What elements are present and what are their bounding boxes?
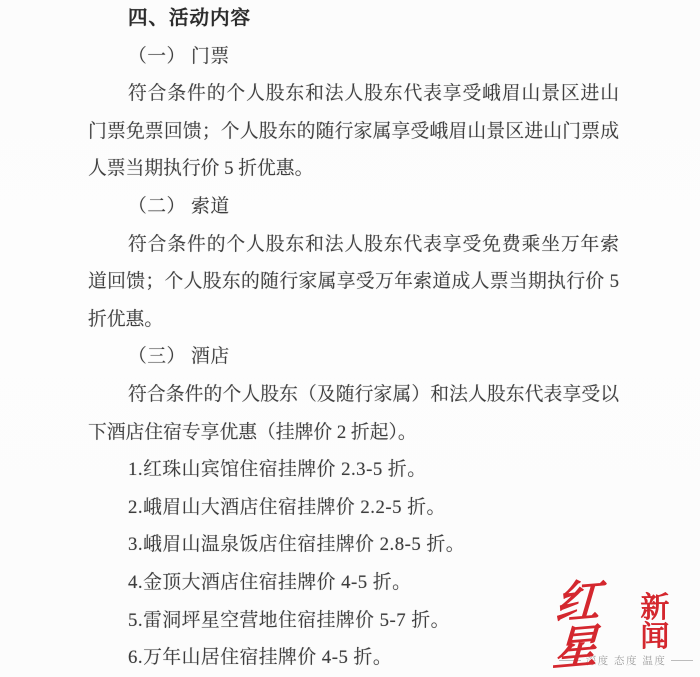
tagline-rule-right bbox=[671, 660, 693, 661]
paragraph-line: 下酒店住宿专享优惠（挂牌价 2 折起）。 bbox=[88, 414, 619, 452]
scanned-document-page: 四、活动内容 （一） 门票 符合条件的个人股东和法人股东代表享受峨眉山景区进山 … bbox=[0, 0, 700, 677]
logo-bold-text: 新闻 bbox=[640, 594, 698, 652]
hotel-list-item-2: 2.峨眉山大酒店住宿挂牌价 2.2-5 折。 bbox=[88, 489, 619, 527]
section-title-cableway: （二） 索道 bbox=[88, 188, 619, 226]
document-heading: 四、活动内容 bbox=[88, 0, 619, 38]
hotel-list-item-4: 4.金顶大酒店住宿挂牌价 4-5 折。 bbox=[88, 564, 619, 602]
paragraph-line: 道回馈；个人股东的随行家属享受万年索道成人票当期执行价 5 bbox=[88, 263, 619, 301]
red-star-news-watermark: 红星 新闻 深度 态度 温度 bbox=[554, 594, 698, 672]
paragraph-line: 人票当期执行价 5 折优惠。 bbox=[88, 150, 619, 188]
hotel-list-item-5: 5.雷洞坪星空营地住宿挂牌价 5-7 折。 bbox=[88, 602, 619, 640]
logo-brand-row: 红星 新闻 bbox=[554, 594, 698, 652]
paragraph-line: 符合条件的个人股东和法人股东代表享受峨眉山景区进山 bbox=[88, 75, 619, 113]
hotel-list-item-1: 1.红珠山宾馆住宿挂牌价 2.3-5 折。 bbox=[88, 451, 619, 489]
paragraph-line: 符合条件的个人股东（及随行家属）和法人股东代表享受以 bbox=[88, 376, 619, 414]
document-body: 四、活动内容 （一） 门票 符合条件的个人股东和法人股东代表享受峨眉山景区进山 … bbox=[88, 0, 619, 677]
paragraph-line: 符合条件的个人股东和法人股东代表享受免费乘坐万年索 bbox=[88, 226, 619, 264]
logo-calligraphy-text: 红星 bbox=[552, 574, 640, 672]
section-title-tickets: （一） 门票 bbox=[88, 38, 619, 76]
paragraph-line: 门票免票回馈；个人股东的随行家属享受峨眉山景区进山门票成 bbox=[88, 113, 619, 151]
hotel-list-item-6: 6.万年山居住宿挂牌价 4-5 折。 bbox=[88, 639, 619, 677]
hotel-list-item-3: 3.峨眉山温泉饭店住宿挂牌价 2.8-5 折。 bbox=[88, 526, 619, 564]
section-title-hotels: （三） 酒店 bbox=[88, 338, 619, 376]
paragraph-line: 折优惠。 bbox=[88, 301, 619, 339]
